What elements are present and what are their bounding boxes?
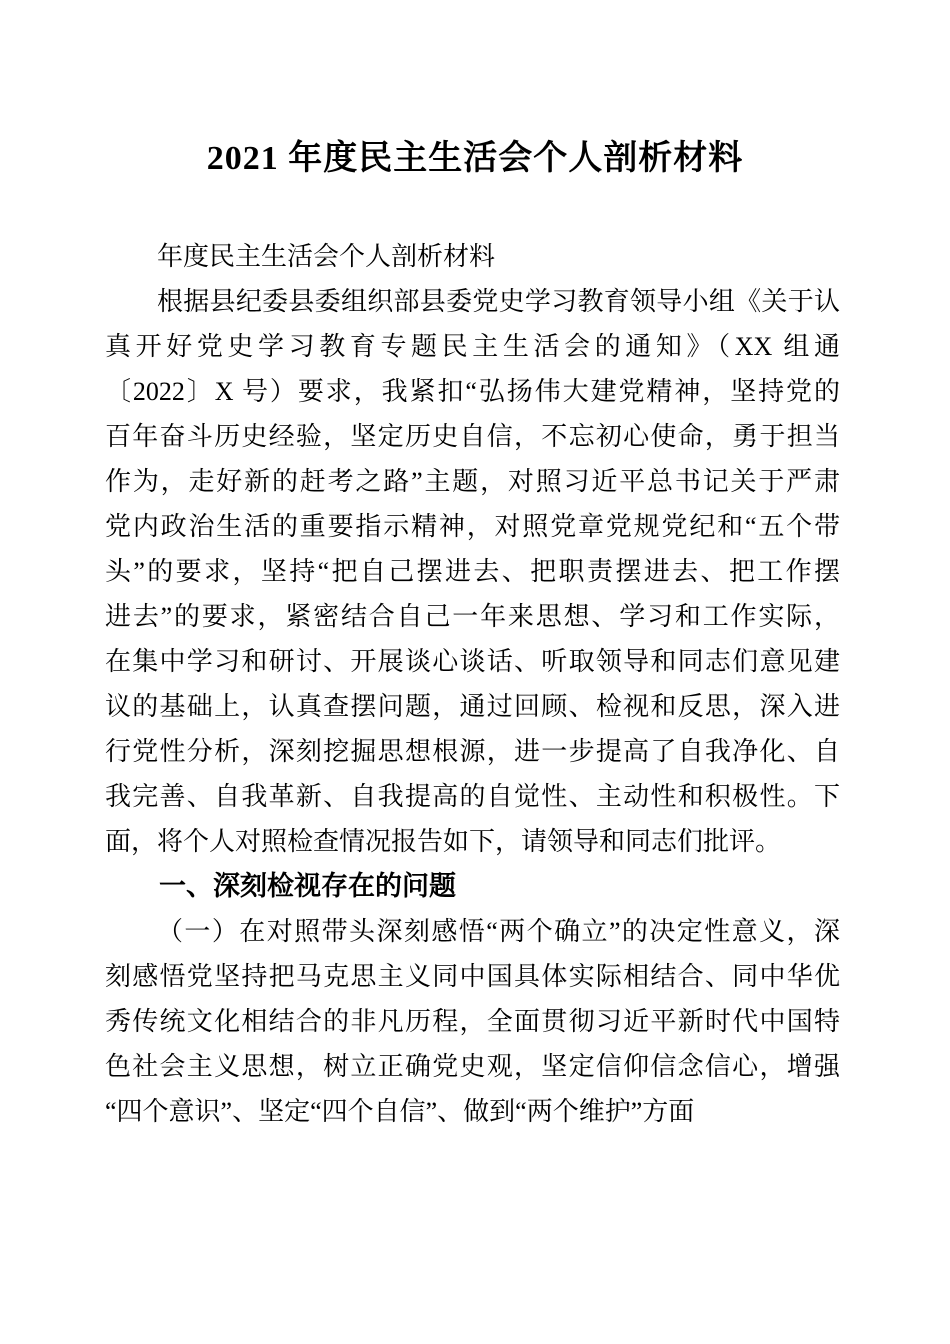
text-line: 党内政治生活的重要指示精神，对照党章党规党纪和“五个带 [105,504,840,549]
text-line: 行党性分析，深刻挖掘思想根源，进一步提高了自我净化、自 [105,729,840,774]
text-line: 面，将个人对照检查情况报告如下，请领导和同志们批评。 [105,819,840,864]
text-line: 我完善、自我革新、自我提高的自觉性、主动性和积极性。下 [105,774,840,819]
document-page: 2021 年度民主生活会个人剖析材料 年度民主生活会个人剖析材料 根据县纪委县委… [0,0,950,1344]
text-line: 刻感悟党坚持把马克思主义同中国具体实际相结合、同中华优 [105,954,840,999]
text-line: 百年奋斗历史经验，坚定历史自信，不忘初心使命，勇于担当 [105,414,840,459]
text-line: 议的基础上，认真查摆问题，通过回顾、检视和反思，深入进 [105,684,840,729]
text-line: 秀传统文化相结合的非凡历程，全面贯彻习近平新时代中国特 [105,999,840,1044]
section-heading: 一、深刻检视存在的问题 [105,864,840,909]
document-body: 年度民主生活会个人剖析材料 根据县纪委县委组织部县委党史学习教育领导小组《关于认… [105,234,840,1134]
text-line: 色社会主义思想，树立正确党史观，坚定信仰信念信心，增强 [105,1044,840,1089]
paragraph-intro: 年度民主生活会个人剖析材料 [105,234,840,279]
text-line: 根据县纪委县委组织部县委党史学习教育领导小组《关于认 [105,279,840,324]
text-line: 进去”的要求，紧密结合自己一年来思想、学习和工作实际， [105,594,840,639]
text-line: 一、深刻检视存在的问题 [105,864,840,909]
paragraph-issue-one: （一）在对照带头深刻感悟“两个确立”的决定性意义，深刻感悟党坚持把马克思主义同中… [105,909,840,1134]
text-line: 真开好党史学习教育专题民主生活会的通知》（XX 组通 [105,324,840,369]
text-line: 年度民主生活会个人剖析材料 [105,234,840,279]
text-line: 头”的要求，坚持“把自己摆进去、把职责摆进去、把工作摆 [105,549,840,594]
text-line: （一）在对照带头深刻感悟“两个确立”的决定性意义，深 [105,909,840,954]
document-title: 2021 年度民主生活会个人剖析材料 [0,135,950,183]
text-line: “四个意识”、坚定“四个自信”、做到“两个维护”方面 [105,1089,840,1134]
text-line: 〔2022〕X 号）要求，我紧扣“弘扬伟大建党精神，坚持党的 [105,369,840,414]
text-line: 在集中学习和研讨、开展谈心谈话、听取领导和同志们意见建 [105,639,840,684]
paragraph-main: 根据县纪委县委组织部县委党史学习教育领导小组《关于认真开好党史学习教育专题民主生… [105,279,840,864]
text-line: 作为，走好新的赶考之路”主题，对照习近平总书记关于严肃 [105,459,840,504]
